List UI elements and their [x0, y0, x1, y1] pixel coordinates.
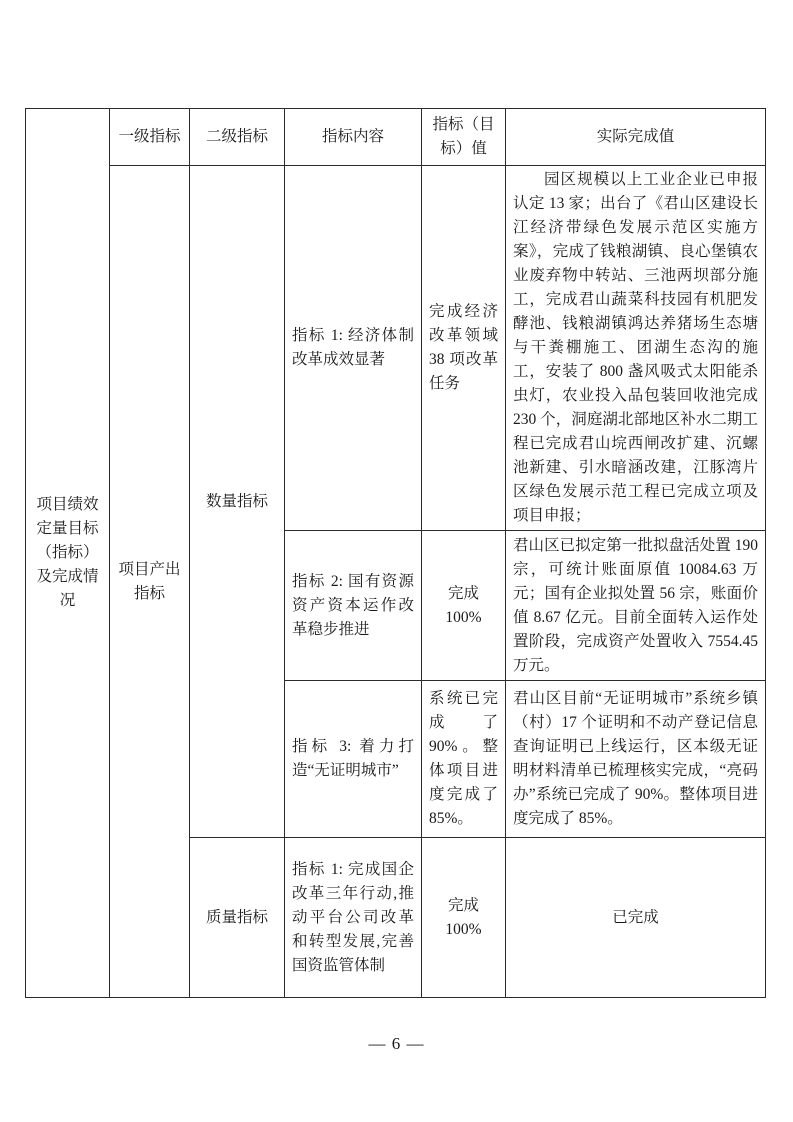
cell-row4-actual-value: 已完成	[506, 838, 766, 998]
cell-row3-target-value: 系统已完成了 90%。整体项目进度完成了 85%。	[422, 681, 506, 838]
header-actual-value: 实际完成值	[506, 109, 766, 166]
cell-row2-target-value: 完成 100%	[422, 531, 506, 681]
header-target-value: 指标（目标）值	[422, 109, 506, 166]
cell-row4-target-value: 完成 100%	[422, 838, 506, 998]
cell-row1-target-value: 完成经济改革领域 38 项改革任务	[422, 166, 506, 531]
section-row-label: 项目绩效定量目标（指标）及完成情况	[26, 109, 110, 998]
cell-row4-indicator-content: 指标 1: 完成国企改革三年行动,推动平台公司改革和转型发展,完善国资监管体制	[285, 838, 422, 998]
header-level1-indicator: 一级指标	[110, 109, 190, 166]
cell-level1-project-output: 项目产出指标	[110, 166, 190, 998]
cell-row3-actual-value: 君山区目前“无证明城市”系统乡镇（村）17 个证明和不动产登记信息查询证明已上线…	[506, 681, 766, 838]
cell-level2-quantity: 数量指标	[190, 166, 285, 838]
performance-indicator-table: 项目绩效定量目标（指标）及完成情况 一级指标 二级指标 指标内容 指标（目标）值…	[25, 108, 766, 998]
header-level2-indicator: 二级指标	[190, 109, 285, 166]
cell-row3-indicator-content: 指标 3: 着力打造“无证明城市”	[285, 681, 422, 838]
header-indicator-content: 指标内容	[285, 109, 422, 166]
cell-level2-quality: 质量指标	[190, 838, 285, 998]
cell-row1-actual-value: 园区规模以上工业企业已申报认定 13 家；出台了《君山区建设长江经济带绿色发展示…	[506, 166, 766, 531]
cell-row2-indicator-content: 指标 2: 国有资源资产资本运作改革稳步推进	[285, 531, 422, 681]
document-page: 项目绩效定量目标（指标）及完成情况 一级指标 二级指标 指标内容 指标（目标）值…	[0, 0, 793, 1122]
cell-row1-indicator-content: 指标 1: 经济体制改革成效显著	[285, 166, 422, 531]
cell-row2-actual-value: 君山区已拟定第一批拟盘活处置 190 宗，可统计账面原值 10084.63 万元…	[506, 531, 766, 681]
page-number: — 6 —	[0, 1034, 793, 1054]
